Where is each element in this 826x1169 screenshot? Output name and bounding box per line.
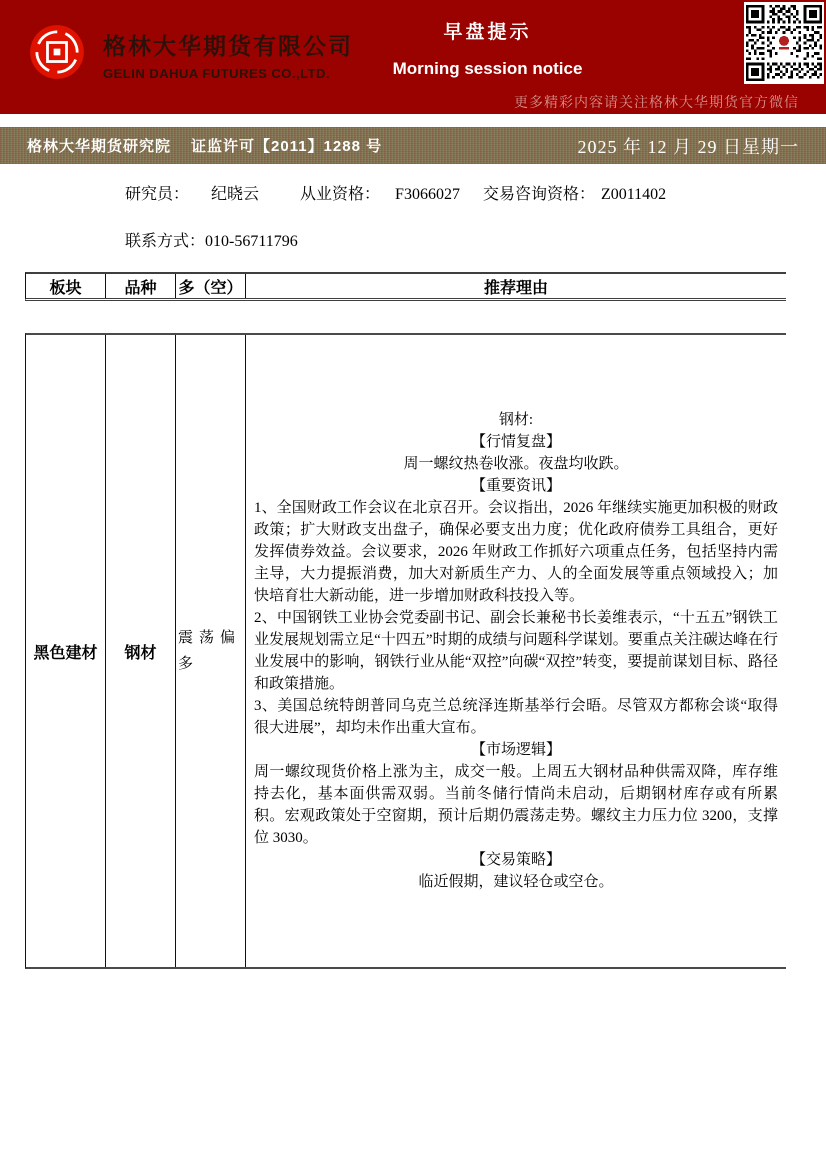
advisory-label: 交易咨询资格： <box>483 186 595 203</box>
reason-paragraph: 【行情复盘】 <box>471 431 561 453</box>
reason-paragraph: 3、美国总统特朗普同乌克兰总统泽连斯基举行会晤。尽管双方都称会谈“取得很大进展”… <box>254 695 778 739</box>
col-header-variety: 品种 <box>106 274 176 298</box>
institute-bar: 格林大华期货研究院 证监许可【2011】1288 号 2025 年 12 月 2… <box>0 127 826 164</box>
cell-reason: 钢材: 【行情复盘】 周一螺纹热卷收涨。夜盘均收跌。 【重要资讯】 1、全国财政… <box>246 335 786 967</box>
cell-sector: 黑色建材 <box>26 335 106 967</box>
table-header-row: 板块 品种 多（空） 推荐理由 <box>25 272 786 301</box>
direction-text: 震荡偏多 <box>178 625 243 677</box>
reason-paragraph: 临近假期，建议轻仓或空仓。 <box>418 871 613 893</box>
reason-paragraph: 钢材: <box>499 409 533 431</box>
researcher-info: 研究员：纪晓云从业资格：F3066027交易咨询资格：Z0011402 联系方式… <box>125 181 666 251</box>
reason-paragraph: 【重要资讯】 <box>471 475 561 497</box>
col-header-reason: 推荐理由 <box>246 274 786 298</box>
reason-paragraph: 周一螺纹现货价格上涨为主，成交一般。上周五大钢材品种供需双降，库存维持去化，基本… <box>254 761 778 849</box>
advisory-number: Z0011402 <box>601 186 666 203</box>
company-name-block: 格林大华期货有限公司 GELIN DAHUA FUTURES CO.,LTD. <box>103 28 353 81</box>
contact-label: 联系方式： <box>125 233 205 250</box>
notice-title-cn: 早盘提示 <box>385 17 590 44</box>
col-header-sector: 板块 <box>26 274 106 298</box>
table-row: 黑色建材 钢材 震荡偏多 钢材: 【行情复盘】 周一螺纹热卷收涨。夜盘均收跌。 … <box>25 333 786 969</box>
wechat-qr-code-icon <box>744 2 824 84</box>
institute-name: 格林大华期货研究院 <box>27 135 171 156</box>
researcher-line2: 联系方式：010-56711796 <box>125 228 666 251</box>
cert-number: F3066027 <box>395 186 460 203</box>
company-name-cn: 格林大华期货有限公司 <box>103 28 353 61</box>
reason-paragraph: 1、全国财政工作会议在北京召开。会议指出，2026 年继续实施更加积极的财政政策… <box>254 497 778 607</box>
reason-paragraph: 【市场逻辑】 <box>471 739 561 761</box>
header-band: 格林大华期货有限公司 GELIN DAHUA FUTURES CO.,LTD. … <box>0 0 826 114</box>
col-header-direction: 多（空） <box>176 274 246 298</box>
notice-title-block: 早盘提示 Morning session notice <box>385 17 590 79</box>
researcher-role-label: 研究员： <box>125 186 189 203</box>
notice-title-en: Morning session notice <box>385 59 590 79</box>
researcher-name: 纪晓云 <box>211 186 259 203</box>
cert-label: 从业资格： <box>300 186 380 203</box>
report-date: 2025 年 12 月 29 日星期一 <box>578 133 800 159</box>
reason-paragraph: 周一螺纹热卷收涨。夜盘均收跌。 <box>403 453 628 475</box>
cell-variety: 钢材 <box>106 335 176 967</box>
license-number: 证监许可【2011】1288 号 <box>191 135 382 156</box>
company-logo-icon <box>29 24 85 80</box>
morning-notice-page: 格林大华期货有限公司 GELIN DAHUA FUTURES CO.,LTD. … <box>0 0 826 1169</box>
cell-direction: 震荡偏多 <box>176 335 246 967</box>
contact-number: 010-56711796 <box>205 233 298 250</box>
reason-paragraph: 2、中国钢铁工业协会党委副书记、副会长兼秘书长姜维表示，“十五五”钢铁工业发展规… <box>254 607 778 695</box>
reason-paragraph: 【交易策略】 <box>471 849 561 871</box>
wechat-follow-note: 更多精彩内容请关注格林大华期货官方微信 <box>514 92 799 112</box>
company-name-en: GELIN DAHUA FUTURES CO.,LTD. <box>103 66 353 81</box>
researcher-line1: 研究员：纪晓云从业资格：F3066027交易咨询资格：Z0011402 <box>125 181 666 204</box>
